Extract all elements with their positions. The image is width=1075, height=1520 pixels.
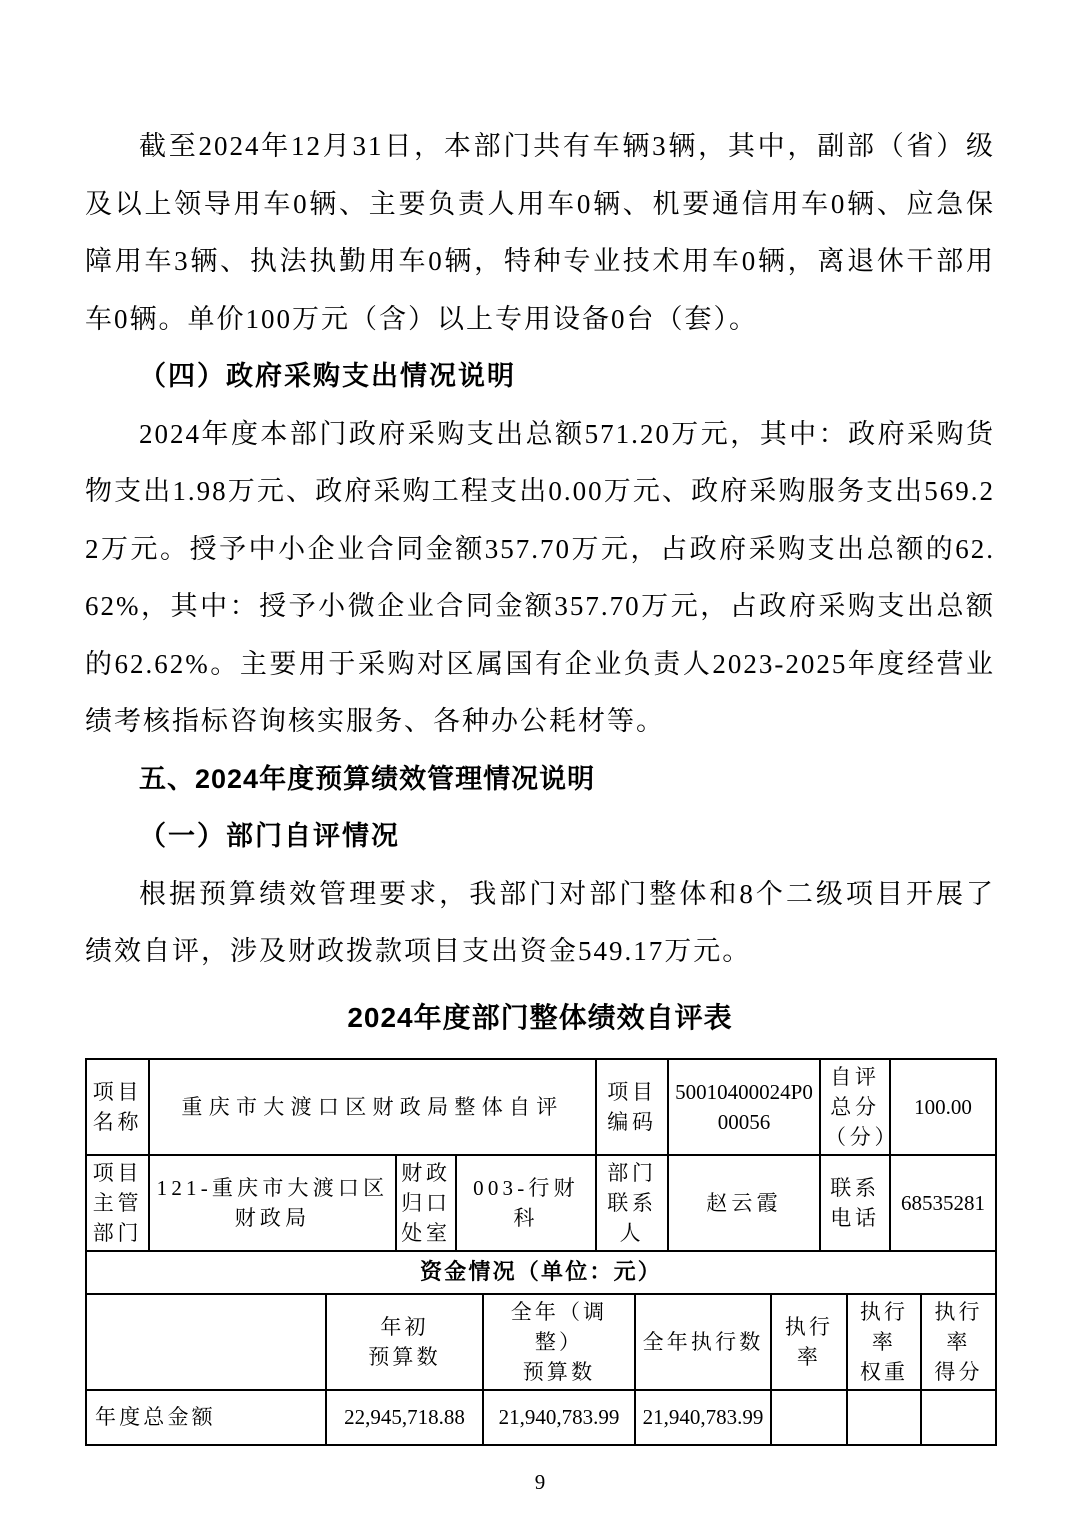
document-page: 截至2024年12月31日，本部门共有车辆3辆，其中，副部（省）级及以上领导用车… bbox=[0, 0, 1075, 1520]
fund-rate-score-value bbox=[921, 1390, 996, 1445]
heading-procurement: （四）政府采购支出情况说明 bbox=[85, 348, 995, 406]
fund-header-rate-score: 执行率 得分 bbox=[921, 1294, 996, 1390]
fund-header-rate-weight: 执行率 权重 bbox=[847, 1294, 921, 1390]
self-eval-score-label: 自评 总分 （分） bbox=[820, 1059, 890, 1155]
paragraph-self-evaluation: 根据预算绩效管理要求，我部门对部门整体和8个二级项目开展了绩效自评，涉及财政拨款… bbox=[85, 866, 995, 981]
self-eval-info-table: 项目 名称 重庆市大渡口区财政局整体自评 项目 编码 50010400024P0… bbox=[85, 1058, 997, 1252]
fund-row-label: 年度总金额 bbox=[86, 1390, 326, 1445]
project-code-value: 50010400024P000056 bbox=[668, 1059, 820, 1155]
contact-phone-label: 联系 电话 bbox=[820, 1155, 890, 1251]
dept-contact-label: 部门 联系人 bbox=[596, 1155, 668, 1251]
fund-header-blank bbox=[86, 1294, 326, 1390]
project-name-label: 项目 名称 bbox=[86, 1059, 149, 1155]
paragraph-vehicles: 截至2024年12月31日，本部门共有车辆3辆，其中，副部（省）级及以上领导用车… bbox=[85, 118, 995, 348]
fund-initial-budget-value: 22,945,718.88 bbox=[326, 1390, 483, 1445]
dept-contact-value: 赵云霞 bbox=[668, 1155, 820, 1251]
fund-header-executed: 全年执行数 bbox=[635, 1294, 771, 1390]
fund-rate-weight-value bbox=[847, 1390, 921, 1445]
fund-adjusted-budget-value: 21,940,783.99 bbox=[483, 1390, 635, 1445]
fund-header-initial-budget: 年初 预算数 bbox=[326, 1294, 483, 1390]
fund-header-adjusted-budget: 全年（调整） 预算数 bbox=[483, 1294, 635, 1390]
fund-section-header: 资金情况（单位：元） bbox=[86, 1251, 996, 1294]
fund-status-table: 资金情况（单位：元） 年初 预算数 全年（调整） 预算数 全年执行数 执行率 执… bbox=[85, 1250, 997, 1446]
finance-office-value: 003-行财科 bbox=[456, 1155, 596, 1251]
heading-self-evaluation: （一）部门自评情况 bbox=[85, 808, 995, 866]
page-number: 9 bbox=[85, 1470, 995, 1495]
paragraph-procurement: 2024年度本部门政府采购支出总额571.20万元，其中：政府采购货物支出1.9… bbox=[85, 406, 995, 751]
competent-dept-value: 121-重庆市大渡口区财政局 bbox=[149, 1155, 396, 1251]
project-name-value: 重庆市大渡口区财政局整体自评 bbox=[149, 1059, 596, 1155]
project-code-label: 项目 编码 bbox=[596, 1059, 668, 1155]
fund-rate-value bbox=[771, 1390, 847, 1445]
contact-phone-value: 68535281 bbox=[890, 1155, 996, 1251]
fund-header-execution-rate: 执行率 bbox=[771, 1294, 847, 1390]
table-row: 年度总金额 22,945,718.88 21,940,783.99 21,940… bbox=[86, 1390, 996, 1445]
heading-performance-management: 五、2024年度预算绩效管理情况说明 bbox=[85, 751, 995, 809]
table-title: 2024年度部门整体绩效自评表 bbox=[85, 996, 995, 1039]
finance-office-label: 财政 归口 处室 bbox=[396, 1155, 456, 1251]
competent-dept-label: 项目 主管 部门 bbox=[86, 1155, 149, 1251]
fund-executed-value: 21,940,783.99 bbox=[635, 1390, 771, 1445]
self-eval-score-value: 100.00 bbox=[890, 1059, 996, 1155]
